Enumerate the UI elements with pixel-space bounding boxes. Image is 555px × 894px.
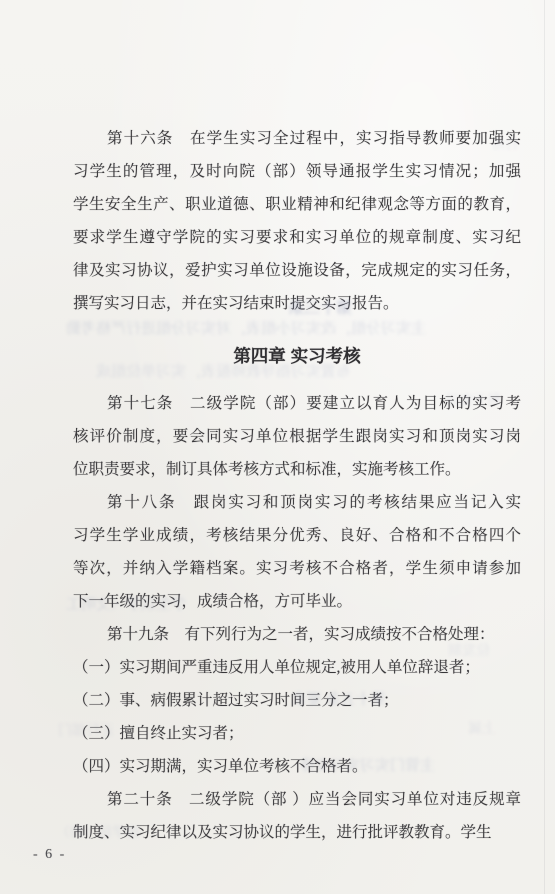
- article-20: 第二十条 二级学院（部 ）应当会同实习单位对违反规章制度、实习纪律以及实习协议的…: [73, 783, 521, 849]
- list-item-line: （二）事、病假累计超过实习时间三分之一者；: [73, 684, 521, 717]
- text-line: 习学生的管理，及时向院（部）领导通报学生实习情况；加强: [73, 155, 521, 188]
- article-19: 第十九条 有下列行为之一者，实习成绩按不合格处理：（一）实习期间严重违反用人单位…: [73, 618, 521, 783]
- text-line: 下一年级的实习，成绩合格，方可毕业。: [73, 585, 521, 618]
- article-17: 第十七条 二级学院（部）要建立以育人为目标的实习考核评价制度，要会同实习单位根据…: [73, 387, 521, 486]
- article-16: 第十六条 在学生实习全过程中，实习指导教师要加强实习学生的管理，及时向院（部）领…: [73, 122, 521, 320]
- text-line: 第十七条 二级学院（部）要建立以育人为目标的实习考: [73, 387, 521, 420]
- text-line: 第十九条 有下列行为之一者，实习成绩按不合格处理：: [73, 618, 521, 651]
- text-block: 第十六条 在学生实习全过程中，实习指导教师要加强实习学生的管理，及时向院（部）领…: [73, 122, 521, 849]
- text-line: 习学生学业成绩，考核结果分优秀、良好、合格和不合格四个: [73, 519, 521, 552]
- text-line: 制度、实习纪律以及实习协议的学生，进行批评教教育。学生: [73, 816, 521, 849]
- text-line: 核评价制度，要会同实习单位根据学生跟岗实习和顶岗实习岗: [73, 420, 521, 453]
- article-18: 第十八条 跟岗实习和顶岗实习的考核结果应当记入实习学生学业成绩，考核结果分优秀、…: [73, 486, 521, 618]
- text-line: 第十六条 在学生实习全过程中，实习指导教师要加强实: [73, 122, 521, 155]
- text-line: 第十八条 跟岗实习和顶岗实习的考核结果应当记入实: [73, 486, 521, 519]
- text-line: 位职责要求，制订具体考核方式和标准，实施考核工作。: [73, 453, 521, 486]
- document-page: 第十六条 在学生实习全过程中，实习指导教师要加强实习学生的管理，及时向院（部）领…: [0, 0, 555, 894]
- text-line: 第二十条 二级学院（部 ）应当会同实习单位对违反规章: [73, 783, 521, 816]
- text-line: 撰写实习日志，并在实习结束时提交实习报告。: [73, 287, 521, 320]
- scan-edge-line: [544, 0, 545, 894]
- chapter-heading: 第四章 实习考核: [73, 340, 521, 373]
- text-line: 等次，并纳入学籍档案。实习考核不合格者，学生须申请参加: [73, 552, 521, 585]
- text-line: 要求学生遵守学院的实习要求和实习单位的规章制度、实习纪: [73, 221, 521, 254]
- list-item-line: （三）擅自终止实习者；: [73, 717, 521, 750]
- list-item-line: （四）实习期满，实习单位考核不合格者。: [73, 750, 521, 783]
- text-line: 学生安全生产、职业道德、职业精神和纪律观念等方面的教育，: [73, 188, 521, 221]
- list-item-line: （一）实习期间严重违反用人单位规定,被用人单位辞退者；: [73, 651, 521, 684]
- page-number: - 6 -: [33, 847, 66, 863]
- text-line: 律及实习协议，爱护实习单位设施设备，完成规定的实习任务，: [73, 254, 521, 287]
